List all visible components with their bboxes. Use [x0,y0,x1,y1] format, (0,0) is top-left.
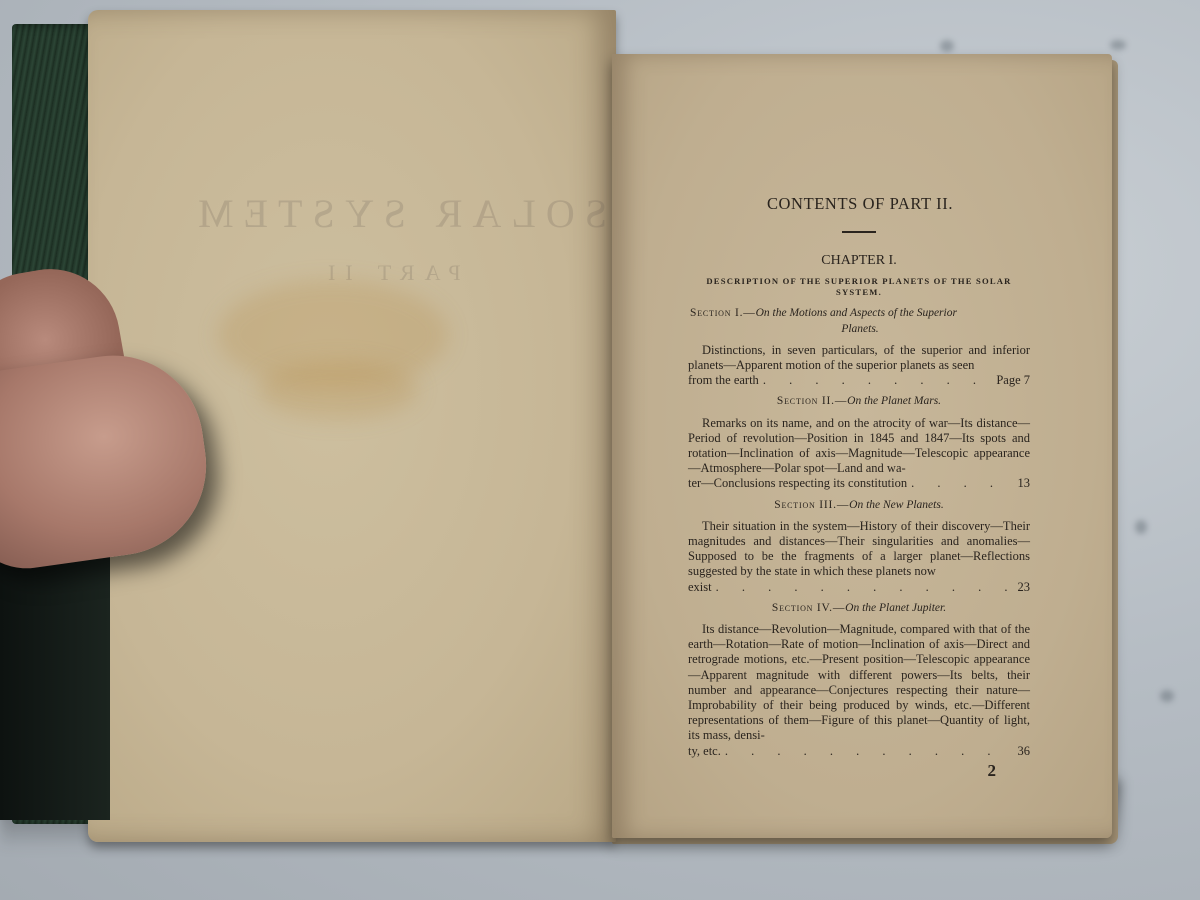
page-number: 13 [1018,476,1031,491]
toc-entry: Its distance—Revolution—Magnitude, compa… [688,622,1030,759]
page-number: 23 [1018,580,1031,595]
section-title: On the New Planets. [849,499,944,511]
entry-text: Remarks on its name, and on the atrocity… [688,416,1030,476]
page-number: Page 7 [996,373,1030,388]
marble-spot [1160,690,1174,702]
contents-heading: CONTENTS OF PART II. [690,196,1030,211]
chapter-subtitle: DESCRIPTION OF THE SUPERIOR PLANETS OF T… [688,276,1030,298]
bleed-through-part: PART II [318,260,461,286]
entry-text: Distinctions, in seven particulars, of t… [688,343,1030,372]
entry-tail: from the earth [688,373,759,388]
entry-leader-line: ty, etc. . . . . . . . . . . . . . . . .… [688,744,1030,759]
dot-leader: . . . . . . . . . . . . . . . . [911,476,1013,491]
section-title-continued: Planets. [690,322,1030,337]
section-label: Section I.— [690,307,756,319]
heading-rule [842,231,876,233]
entry-leader-line: exist . . . . . . . . . . . . . . . . . … [688,580,1030,595]
entry-leader-line: ter—Conclusions respecting its constitut… [688,476,1030,491]
dot-leader: . . . . . . . . . . . . . . . . . . . . … [725,744,1014,759]
section-label: Section II.— [777,395,847,407]
entry-text: Its distance—Revolution—Magnitude, compa… [688,622,1030,742]
bleed-through-title: SOLAR SYSTEM [188,190,607,237]
section-heading: Section IV.—On the Planet Jupiter. [688,601,1030,616]
section-title: On the Planet Mars. [847,395,941,407]
toc-entry: Remarks on its name, and on the atrocity… [688,416,1030,492]
signature-mark: 2 [688,763,1030,778]
section-heading: Section I.—On the Motions and Aspects of… [688,306,1030,336]
chapter-title: CHAPTER I. [688,253,1030,268]
section-title: On the Planet Jupiter. [845,602,946,614]
dot-leader: . . . . . . . . . . . . . . . . . . . . … [716,580,1014,595]
entry-text: Their situation in the system—History of… [688,519,1030,579]
section-label: Section IV.— [772,602,845,614]
entry-tail: ter—Conclusions respecting its constitut… [688,476,907,491]
section-label: Section III.— [774,499,849,511]
toc-entry: Distinctions, in seven particulars, of t… [688,343,1030,389]
foxing-stain [258,360,418,420]
entry-leader-line: from the earth . . . . . . . . . . . . .… [688,373,1030,388]
dot-leader: . . . . . . . . . . . . . . . . [763,373,993,388]
page-number: 36 [1018,744,1031,759]
marble-spot [1135,520,1147,534]
entry-tail: exist [688,580,712,595]
section-heading: Section II.—On the Planet Mars. [688,394,1030,409]
toc-entry: Their situation in the system—History of… [688,519,1030,595]
table-of-contents: CONTENTS OF PART II. CHAPTER I. DESCRIPT… [688,196,1030,778]
marble-spot [1110,40,1126,50]
section-heading: Section III.—On the New Planets. [688,498,1030,513]
entry-tail: ty, etc. [688,744,721,759]
marble-spot [940,40,954,52]
section-title: On the Motions and Aspects of the Superi… [756,307,957,319]
